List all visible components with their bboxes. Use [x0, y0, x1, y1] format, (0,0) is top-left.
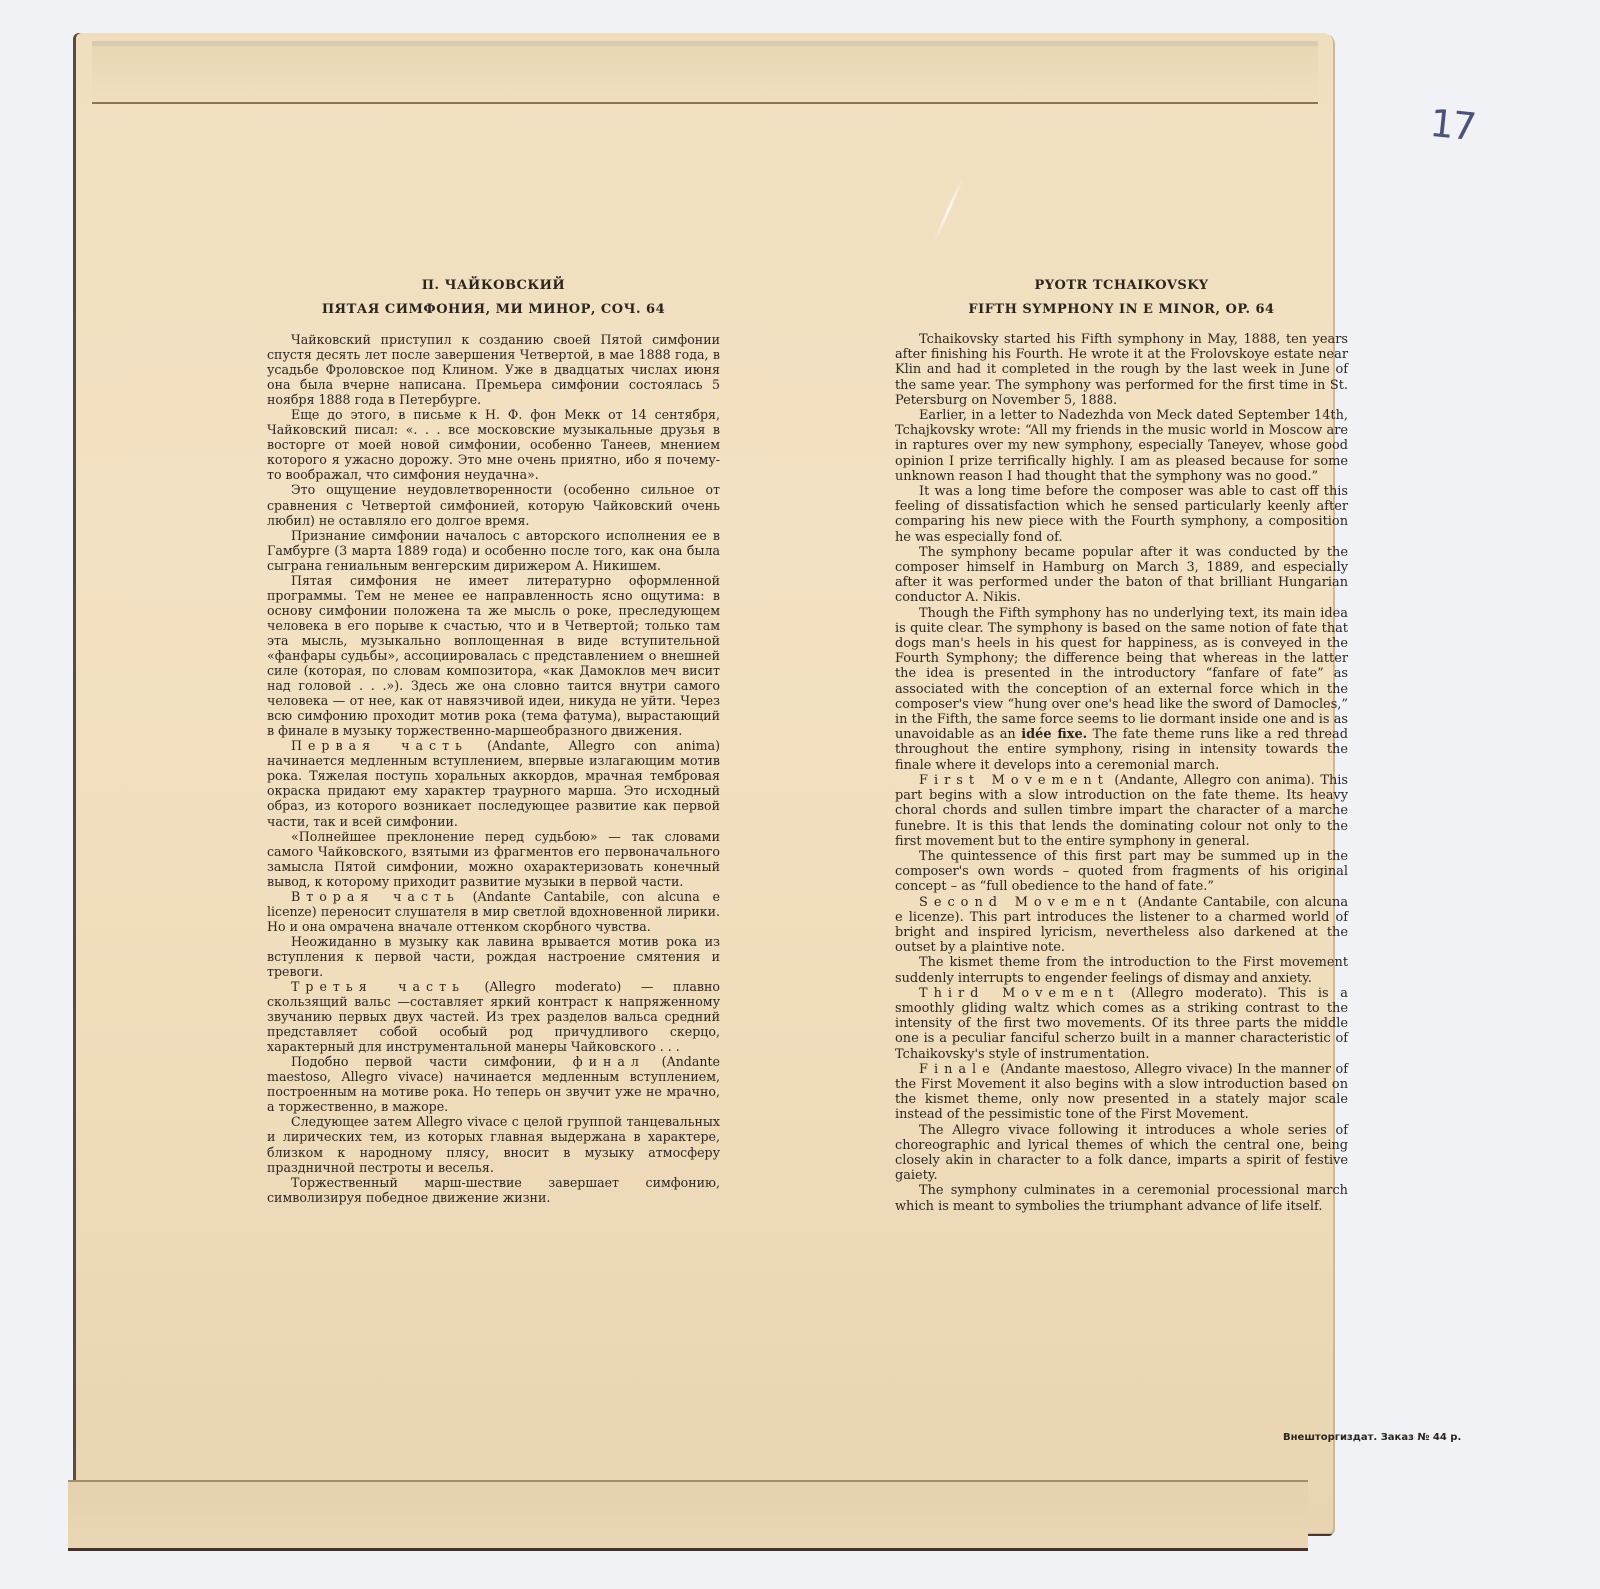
movement-heading: Третья часть: [291, 979, 465, 994]
work-title-ru: ПЯТАЯ СИМФОНИЯ, МИ МИНОР, СОЧ. 64: [267, 301, 720, 319]
paragraph: Признание симфонии началось с авторского…: [267, 528, 720, 573]
paragraph: The kismet theme from the introduction t…: [895, 955, 1348, 985]
paragraph: The Allegro vivace following it introduc…: [895, 1123, 1348, 1184]
paragraph: Third Movement (Allegro moderato). This …: [895, 986, 1348, 1062]
paragraph: Следующее затем Allegro vivace с целой г…: [267, 1114, 720, 1174]
paragraph: Second Movement (Andante Cantabile, con …: [895, 895, 1348, 956]
paragraph: Первая часть (Andante, Allegro con anima…: [267, 738, 720, 828]
body-ru: Чайковский приступил к созданию своей Пя…: [267, 332, 720, 1205]
composer-heading-ru: П. ЧАЙКОВСКИЙ: [267, 277, 720, 295]
paragraph: Третья часть (Allegro moderato) — плавно…: [267, 979, 720, 1054]
paragraph: First Movement (Andante, Allegro con ani…: [895, 773, 1348, 849]
sleeve-top-flap: [92, 41, 1318, 104]
paragraph: Неожиданно в музыку как лавина врывается…: [267, 934, 720, 979]
paragraph: «Полнейшее преклонение перед судьбою» — …: [267, 829, 720, 889]
paragraph: Tchaikovsky started his Fifth symphony i…: [895, 332, 1348, 408]
paragraph: Finale (Andante maestoso, Allegro vivace…: [895, 1062, 1348, 1123]
emphasis: idée fixe.: [1021, 727, 1087, 742]
paragraph: Еще до этого, в письме к Н. Ф. фон Мекк …: [267, 407, 720, 482]
movement-heading: финал: [573, 1054, 645, 1069]
paragraph: Вторая часть (Andante Cantabile, con alc…: [267, 889, 720, 934]
paragraph: Это ощущение неудовлетворенности (особен…: [267, 482, 720, 527]
body-en: Tchaikovsky started his Fifth symphony i…: [895, 332, 1348, 1214]
paragraph: It was a long time before the composer w…: [895, 484, 1348, 545]
paragraph: Подобно первой части симфонии, финал (An…: [267, 1054, 720, 1114]
paragraph: The symphony became popular after it was…: [895, 545, 1348, 606]
liner-notes-english: PYOTR TCHAIKOVSKY FIFTH SYMPHONY IN E MI…: [895, 277, 1348, 1214]
paragraph: Чайковский приступил к созданию своей Пя…: [267, 332, 720, 407]
handwritten-catalog-number: 17: [1428, 101, 1477, 149]
paragraph: Торжественный марш-шествие завершает сим…: [267, 1175, 720, 1205]
paragraph: Earlier, in a letter to Nadezhda von Mec…: [895, 408, 1348, 484]
movement-heading: First Movement: [919, 773, 1109, 788]
composer-heading-en: PYOTR TCHAIKOVSKY: [895, 277, 1348, 295]
movement-heading: Первая часть: [291, 738, 468, 753]
paragraph: Пятая симфония не имеет литературно офор…: [267, 573, 720, 739]
movement-heading: Third Movement: [919, 986, 1119, 1001]
movement-heading: Second Movement: [919, 895, 1132, 910]
sleeve-bottom-flap: [68, 1480, 1308, 1551]
movement-heading: Вторая часть: [291, 889, 460, 904]
publisher-imprint: Внешторгиздат. Заказ № 44 р.: [1283, 1432, 1461, 1443]
liner-notes-russian: П. ЧАЙКОВСКИЙ ПЯТАЯ СИМФОНИЯ, МИ МИНОР, …: [267, 277, 720, 1205]
work-title-en: FIFTH SYMPHONY IN E MINOR, OP. 64: [895, 301, 1348, 319]
paragraph: The symphony culminates in a ceremonial …: [895, 1183, 1348, 1213]
paragraph: The quintessence of this first part may …: [895, 849, 1348, 895]
paragraph: Though the Fifth symphony has no underly…: [895, 606, 1348, 773]
movement-heading: Finale: [919, 1062, 996, 1077]
